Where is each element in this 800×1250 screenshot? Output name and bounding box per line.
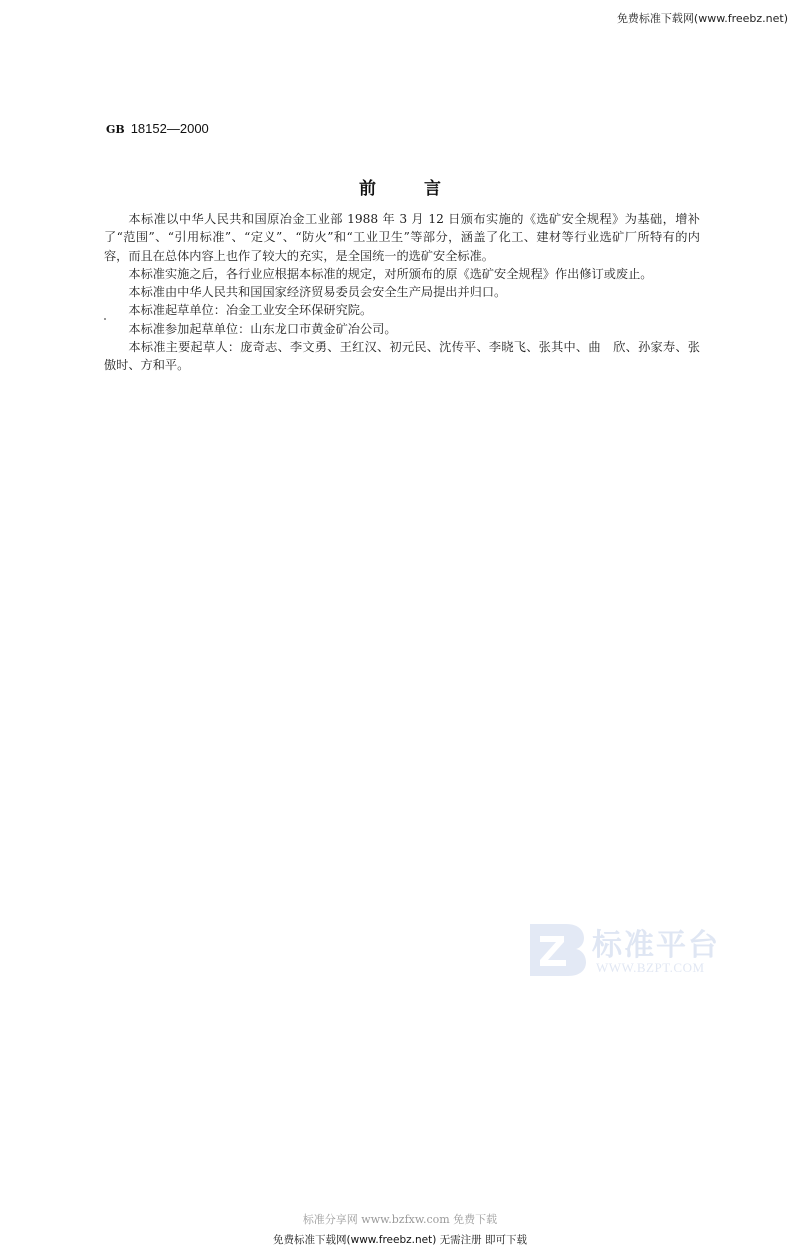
- page-title: 前言: [0, 174, 800, 199]
- paragraph-drafting-unit: 本标准起草单位：冶金工业安全环保研究院。: [104, 301, 700, 319]
- title-char-2: 言: [424, 174, 441, 199]
- bz-logo-icon: [526, 920, 588, 978]
- paragraph-implementation: 本标准实施之后，各行业应根据本标准的规定，对所颁布的原《选矿安全规程》作出修订或…: [104, 265, 700, 283]
- footer-download-line: 免费标准下载网(www.freebz.net) 无需注册 即可下载: [0, 1232, 800, 1247]
- paragraph-participating-unit: 本标准参加起草单位：山东龙口市黄金矿冶公司。: [104, 320, 700, 338]
- watermark-text: 标准平台: [592, 920, 720, 964]
- title-char-1: 前: [359, 174, 376, 199]
- watermark: 标准平台 WWW.BZPT.COM: [526, 918, 726, 978]
- scan-artifact: [104, 318, 106, 320]
- standard-number: 18152—2000: [131, 121, 209, 136]
- paragraph-drafters: 本标准主要起草人：庞奇志、李文勇、王红汉、初元民、沈传平、李晓飞、张其中、曲 欣…: [104, 338, 700, 375]
- standard-prefix: GB: [106, 123, 125, 136]
- site-banner: 免费标准下载网(www.freebz.net): [617, 10, 788, 26]
- paragraph-proposer: 本标准由中华人民共和国国家经济贸易委员会安全生产局提出并归口。: [104, 283, 700, 301]
- watermark-url: WWW.BZPT.COM: [596, 960, 705, 976]
- foreword-body: 本标准以中华人民共和国原冶金工业部 1988 年 3 月 12 日颁布实施的《选…: [104, 210, 700, 375]
- footer-share-line: 标准分享网 www.bzfxw.com 免费下载: [0, 1211, 800, 1227]
- standard-code: GB18152—2000: [106, 121, 209, 136]
- paragraph-basis: 本标准以中华人民共和国原冶金工业部 1988 年 3 月 12 日颁布实施的《选…: [104, 210, 700, 265]
